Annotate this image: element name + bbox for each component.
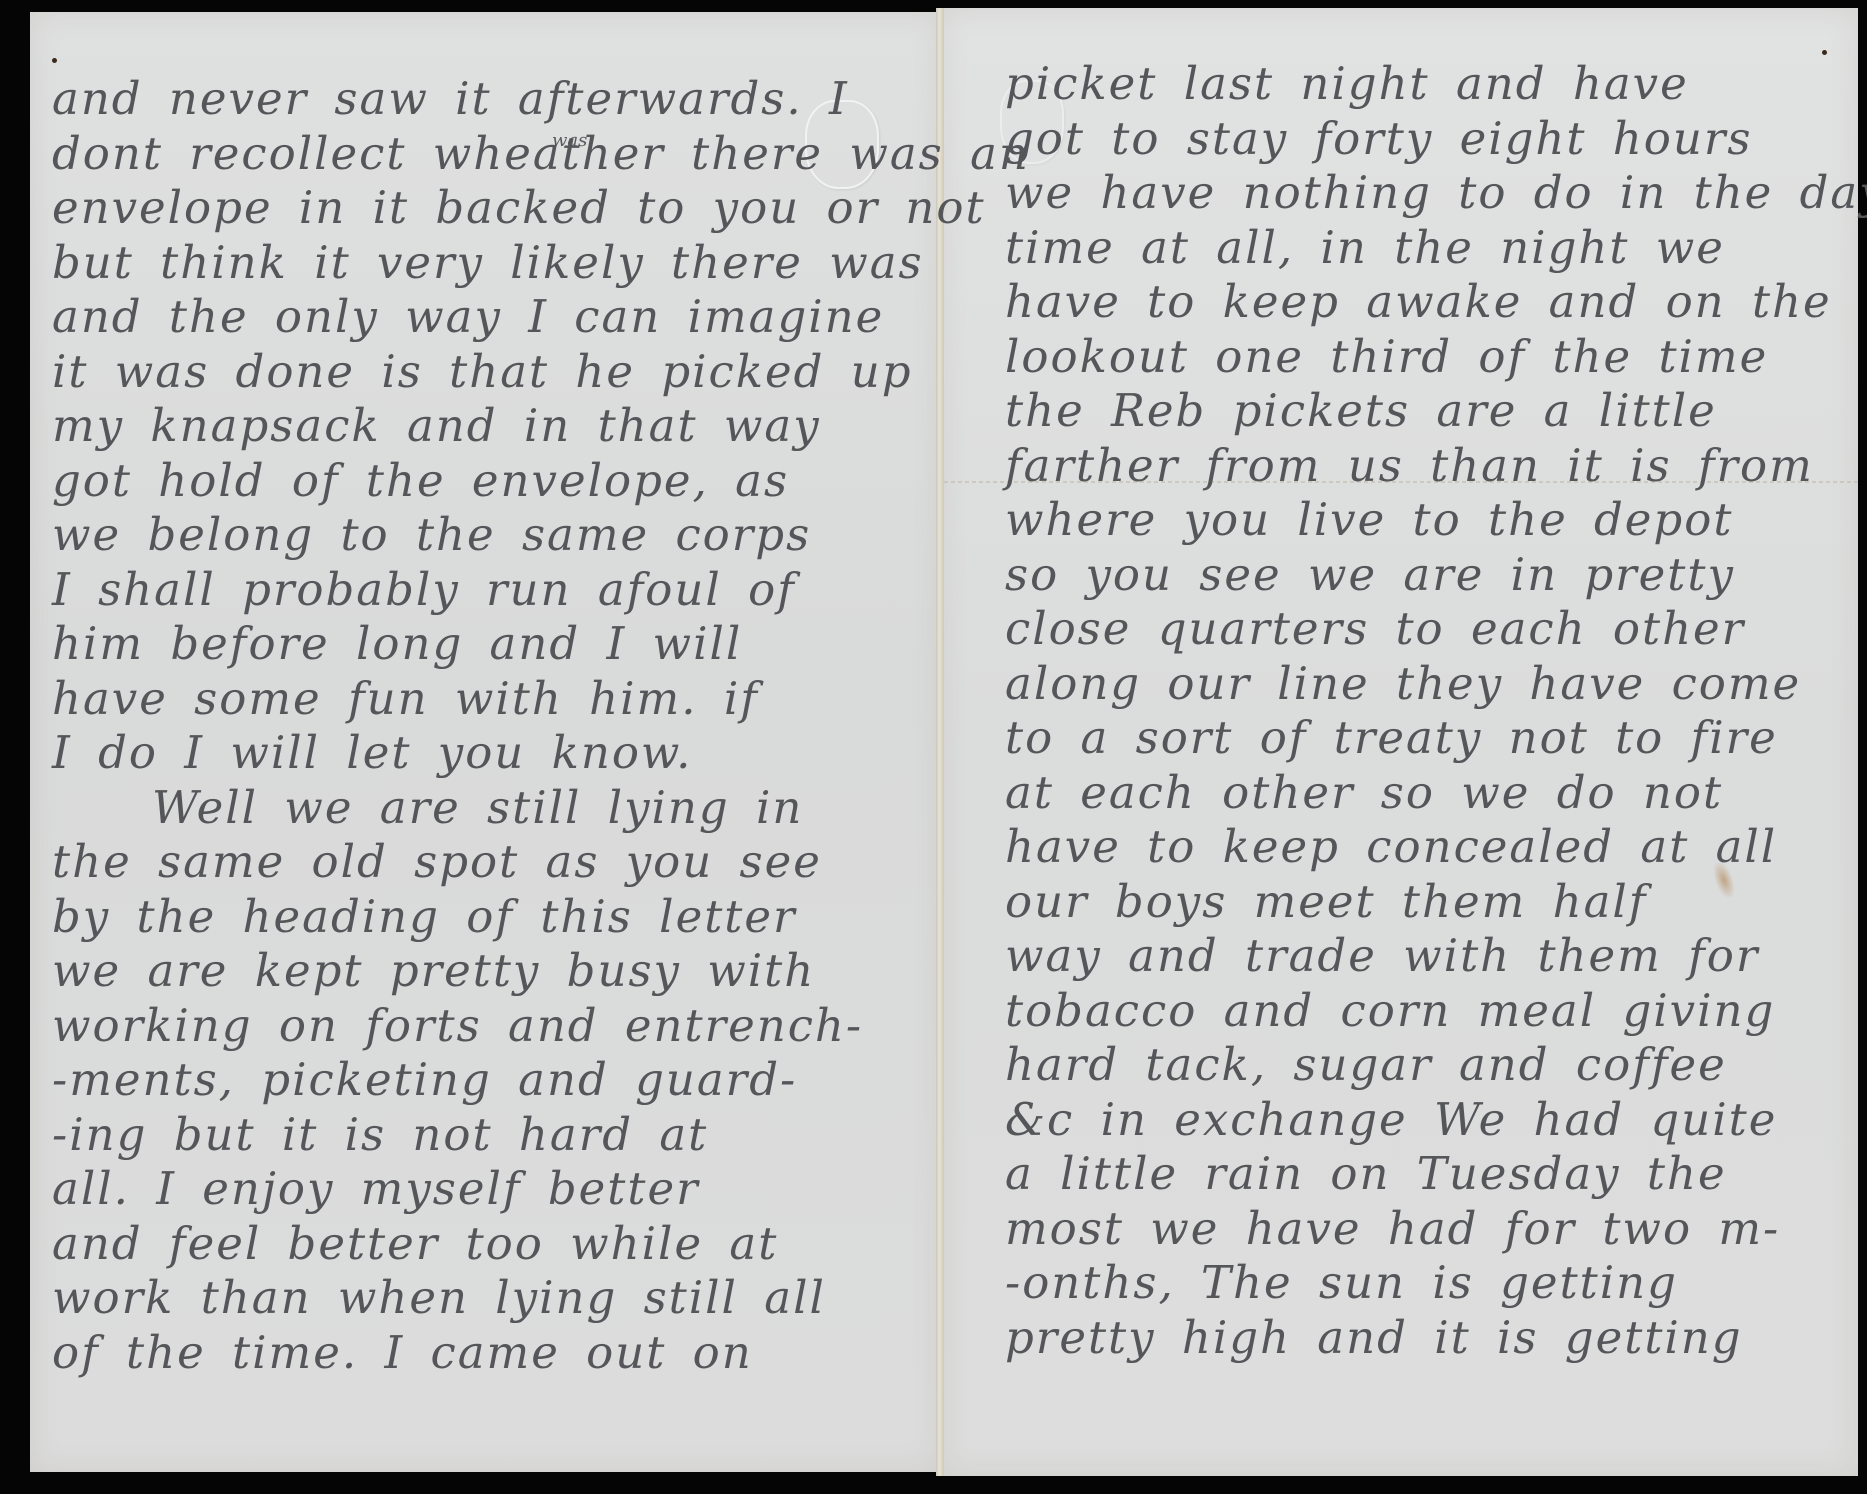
text-line: lookout one third of the time (1005, 330, 1867, 385)
text-line: so you see we are in pretty (1005, 548, 1867, 603)
text-line: the Reb pickets are a little (1005, 384, 1867, 439)
text-line: -ing but it is not hard at (52, 1108, 1030, 1163)
text-line: envelope in it backed to you or not (52, 181, 1030, 236)
text-line: but think it very likely there was (52, 236, 1030, 291)
text-line: time at all, in the night we (1005, 221, 1867, 276)
text-line: and never saw it afterwards. I (52, 72, 1030, 127)
text-line: at each other so we do not (1005, 766, 1867, 821)
text-line: him before long and I will (52, 617, 1030, 672)
text-line: hard tack, sugar and coffee (1005, 1038, 1867, 1093)
text-line: a little rain on Tuesday the (1005, 1147, 1867, 1202)
text-line: of the time. I came out on (52, 1326, 1030, 1381)
text-line: &c in exchange We had quite (1005, 1093, 1867, 1148)
text-line: by the heading of this letter (52, 890, 1030, 945)
text-line: got to stay forty eight hours (1005, 112, 1867, 167)
text-line: tobacco and corn meal giving (1005, 984, 1867, 1039)
text-line: pretty high and it is getting (1005, 1311, 1867, 1366)
text-line: our boys meet them half (1005, 875, 1867, 930)
pin-hole (1822, 50, 1827, 55)
text-line: and the only way I can imagine (52, 290, 1030, 345)
text-line: -onths, The sun is getting (1005, 1256, 1867, 1311)
text-line: close quarters to each other (1005, 602, 1867, 657)
text-line: way and trade with them for (1005, 929, 1867, 984)
text-line: we belong to the same corps (52, 508, 1030, 563)
text-line: along our line they have come (1005, 657, 1867, 712)
text-line: my knapsack and in that way (52, 399, 1030, 454)
text-line: have to keep concealed at all (1005, 820, 1867, 875)
text-line: we have nothing to do in the day (1005, 166, 1867, 221)
text-line: dont recollect wheather there was an (52, 127, 1030, 182)
text-line: have to keep awake and on the (1005, 275, 1867, 330)
text-line: working on forts and entrench- (52, 999, 1030, 1054)
text-line: I shall probably run afoul of (52, 563, 1030, 618)
text-line: we are kept pretty busy with (52, 944, 1030, 999)
text-line: the same old spot as you see (52, 835, 1030, 890)
text-line: farther from us than it is from (1005, 439, 1867, 494)
text-line: it was done is that he picked up (52, 345, 1030, 400)
text-line: most we have had for two m- (1005, 1202, 1867, 1257)
right-page-text: picket last night and have got to stay f… (1005, 57, 1867, 1365)
text-line: where you live to the depot (1005, 493, 1867, 548)
pin-hole (52, 58, 57, 63)
text-line: I do I will let you know. (52, 726, 1030, 781)
text-line: got hold of the envelope, as (52, 454, 1030, 509)
left-page-text: and never saw it afterwards. I dont reco… (52, 72, 1030, 1380)
paragraph-start-line: Well we are still lying in (52, 781, 1030, 836)
text-line: all. I enjoy myself better (52, 1162, 1030, 1217)
text-line: and feel better too while at (52, 1217, 1030, 1272)
text-line: -ments, picketing and guard- (52, 1053, 1030, 1108)
text-line: have some fun with him. if (52, 672, 1030, 727)
text-line: to a sort of treaty not to fire (1005, 711, 1867, 766)
text-line: picket last night and have (1005, 57, 1867, 112)
text-line: work than when lying still all (52, 1271, 1030, 1326)
